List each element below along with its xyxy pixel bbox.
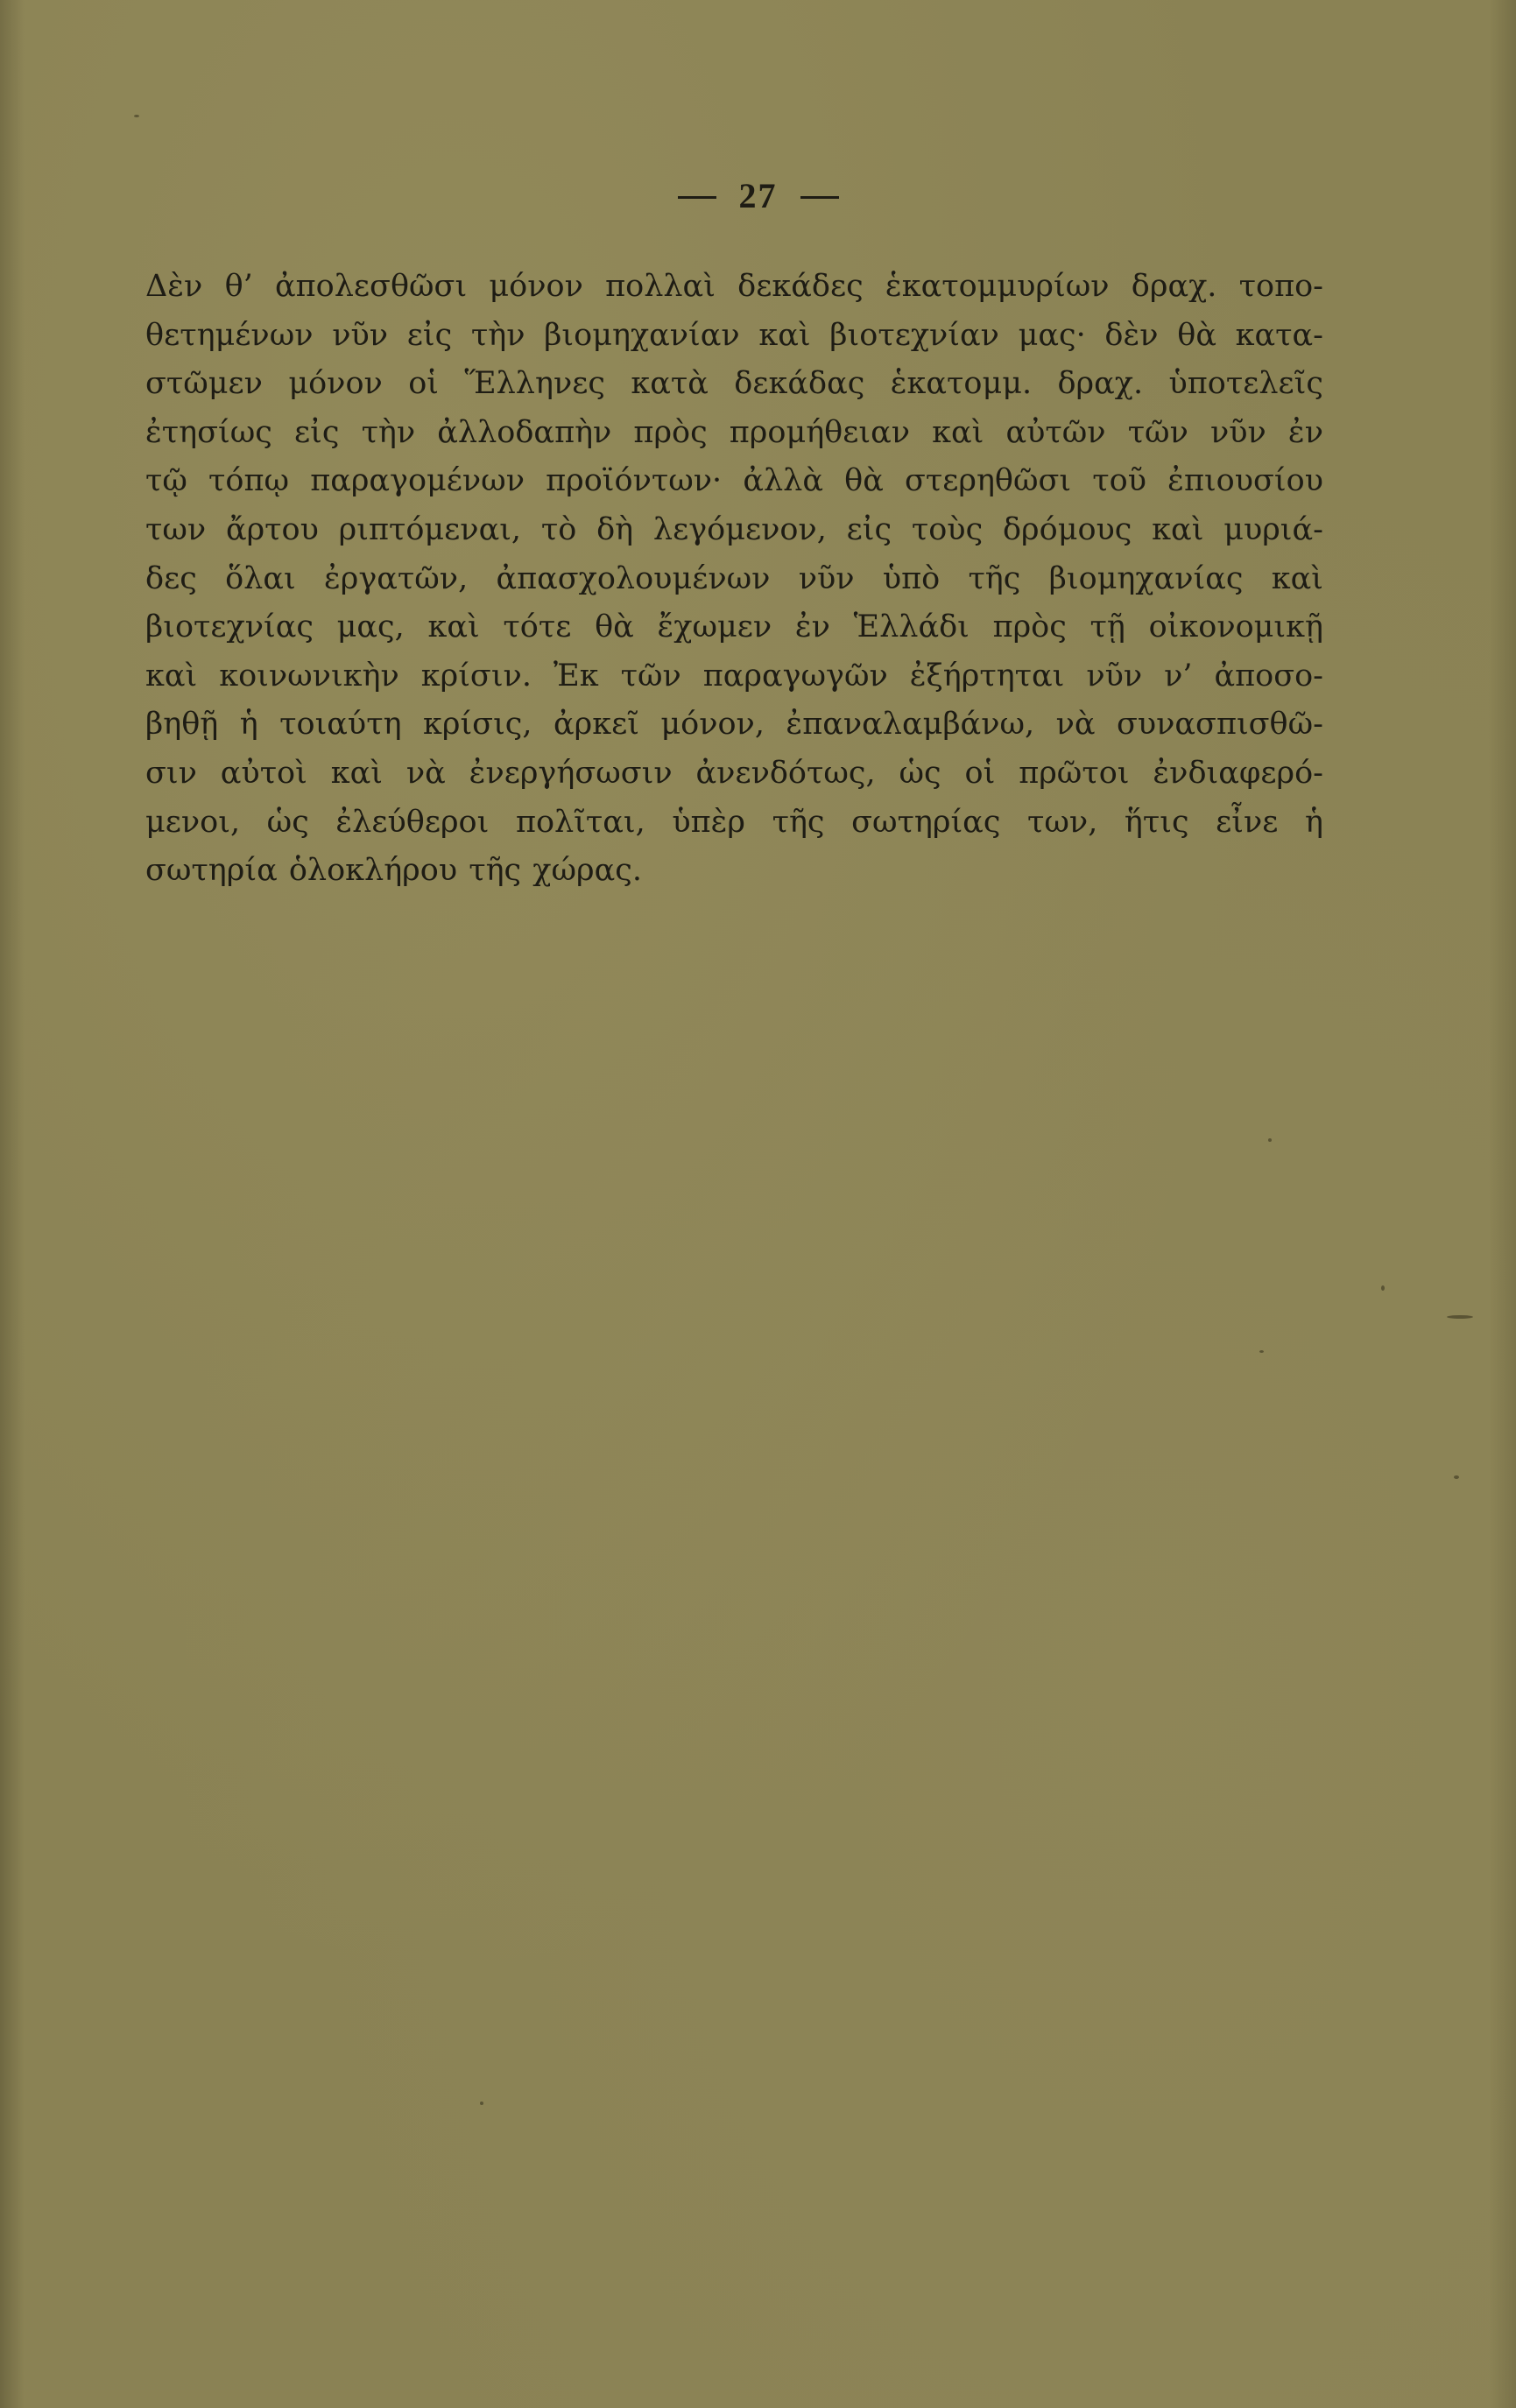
text-line-last: σωτηρία ὁλοκλήρου τῆς χώρας. bbox=[145, 847, 1323, 896]
paper-speck bbox=[1259, 1350, 1264, 1353]
text-line: Δὲν θ’ ἀπολεσθῶσι μόνον πολλαὶ δεκάδες ἑ… bbox=[145, 263, 1323, 312]
text-line: ἐτησίως εἰς τὴν ἀλλοδαπὴν πρὸς προμήθεια… bbox=[145, 409, 1323, 458]
body-paragraph: Δὲν θ’ ἀπολεσθῶσι μόνον πολλαὶ δεκάδες ἑ… bbox=[145, 263, 1323, 896]
text-line: των ἄρτου ριπτόμεναι, τὸ δὴ λεγόμενον, ε… bbox=[145, 506, 1323, 555]
page-number: 27 bbox=[0, 175, 1516, 216]
paper-speck bbox=[1268, 1138, 1272, 1142]
page-number-dash-left bbox=[678, 196, 716, 199]
text-line: μενοι, ὡς ἐλεύθεροι πολῖται, ὑπὲρ τῆς σω… bbox=[145, 799, 1323, 848]
text-line: βηθῇ ἡ τοιαύτη κρίσις, ἀρκεῖ μόνον, ἐπαν… bbox=[145, 701, 1323, 750]
text-line: καὶ κοινωνικὴν κρίσιν. Ἐκ τῶν παραγωγῶν … bbox=[145, 652, 1323, 701]
page-number-dash-right bbox=[800, 196, 839, 199]
paper-speck bbox=[1381, 1285, 1385, 1291]
paper-speck bbox=[1454, 1475, 1459, 1479]
text-line: βιοτεχνίας μας, καὶ τότε θὰ ἔχωμεν ἐν Ἑλ… bbox=[145, 603, 1323, 652]
text-line: τῷ τόπῳ παραγομένων προϊόντων· ἀλλὰ θὰ σ… bbox=[145, 457, 1323, 506]
page-number-value: 27 bbox=[739, 176, 778, 215]
paper-speck bbox=[480, 2102, 483, 2105]
text-line: θετημένων νῦν εἰς τὴν βιομηχανίαν καὶ βι… bbox=[145, 312, 1323, 361]
paper-speck bbox=[134, 115, 139, 117]
text-line: δες ὅλαι ἐργατῶν, ἀπασχολουμένων νῦν ὑπὸ… bbox=[145, 555, 1323, 604]
text-line: σιν αὐτοὶ καὶ νὰ ἐνεργήσωσιν ἀνενδότως, … bbox=[145, 750, 1323, 799]
paper-speck bbox=[1447, 1315, 1473, 1319]
text-line: στῶμεν μόνον οἱ Ἕλληνες κατὰ δεκάδας ἑκα… bbox=[145, 360, 1323, 409]
scanned-book-page: 27 Δὲν θ’ ἀπολεσθῶσι μόνον πολλαὶ δεκάδε… bbox=[0, 0, 1516, 2408]
